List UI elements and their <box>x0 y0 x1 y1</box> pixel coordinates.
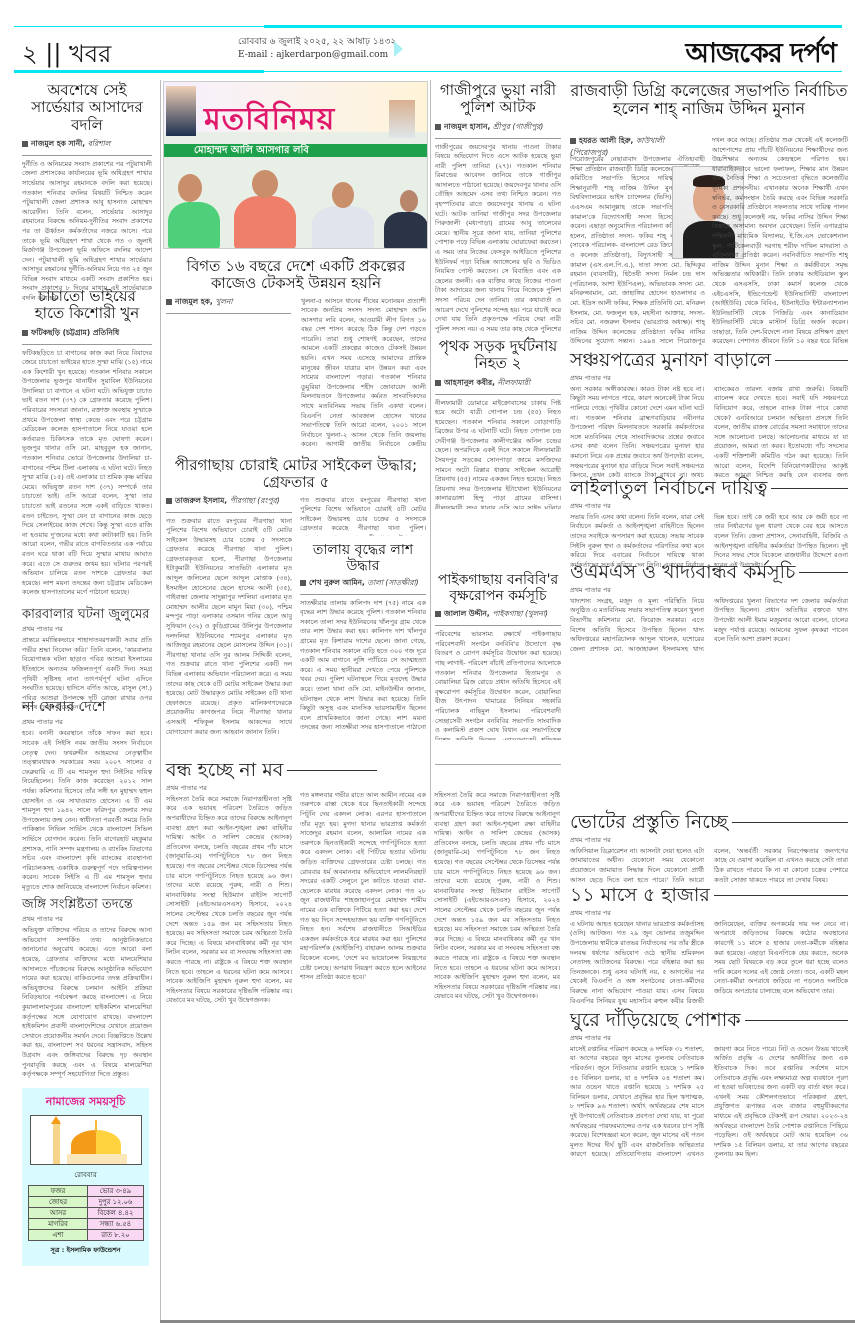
article-body: খাদ্যশস্য সংগ্রহ, মজুদ ও মূল্য পরিস্থিতি… <box>570 597 848 797</box>
article-body: অভিযুক্ত ব্যক্তিদের পরিচয় ও তাদের বিরুদ… <box>22 926 152 1080</box>
article-body: নীলফামারী ডোমারে মাইক্রোবাসের চাকায় পিষ… <box>435 399 561 509</box>
prayer-time: বিকেল ৪.৪২ <box>88 1208 143 1219</box>
article-body: ফটিকছড়িতে চা বাগানের কাজ করা নিয়ে বিবা… <box>22 349 152 598</box>
reporter: হযরত আলী হিরু, <box>579 136 633 145</box>
prayer-name: জোহর <box>28 1197 88 1208</box>
page-number: ২ || <box>22 40 61 68</box>
article-talay: গত শুক্রবার রাতে রংপুরের পীরগাছা থানা পু… <box>300 496 426 747</box>
continued-label: প্রথম পাতার পর <box>570 1033 848 1044</box>
banner-title: মতবিনিময় <box>204 95 335 146</box>
article-karbala: কারবালার ঘটনা জুলুমের প্রথম পাতার পর প্র… <box>22 608 152 713</box>
article-body: হবে। বনানী কবরস্থানে তাঁকে দাফন করা হবে।… <box>22 729 152 892</box>
location: পাইকগাছা (খুলনা) <box>492 609 548 618</box>
person-figure <box>312 206 374 249</box>
person-head <box>400 190 418 212</box>
dateline: রোববার ৬ জুলাই ২০২৫, ২২ আষাঢ় ১৪৩২ E-mai… <box>238 36 396 62</box>
headline[interactable]: রাজবাড়ী ডিগ্রি কলেজের সভাপতি নির্বাচিত … <box>570 82 848 119</box>
banner-name: মোহাম্মদ আলি আসগার লবি <box>194 144 309 157</box>
page-bottom-rule <box>160 1320 855 1323</box>
article-vote: ভোটের প্রস্তুতি নিচ্ছে প্রথম পাতার পর অফ… <box>570 812 848 887</box>
byline: জালাল উদ্দীন, পাইকগাছা (খুলনা) <box>435 609 561 626</box>
headline-text: সঞ্চয়পত্রের মুনাফা বাড়ালে <box>570 350 771 371</box>
divider <box>435 764 561 765</box>
article-gazipur: গাজীপুরে ভুয়া নারী পুলিশ আটক নাজমুল হাস… <box>435 82 561 333</box>
byline: ফটিকছড়ি (চট্টগ্রাম) প্রতিনিধি <box>22 328 152 345</box>
reporter: নাজমুল হক, <box>175 297 213 306</box>
headline-text: ঘুরে দাঁড়িয়েছে পোশাক <box>570 1010 741 1031</box>
continued-label: প্রথম পাতার পর <box>570 373 848 384</box>
article-paikgachha: পাইকগাছায় বনবিবি'র বৃক্ষরোপন কর্মসূচি জ… <box>435 572 561 740</box>
location: বরিশাল <box>88 139 111 148</box>
article-sanchaypatra: সঞ্চয়পত্রের মুনাফা বাড়ালে প্রথম পাতার … <box>570 350 848 485</box>
continued-headline[interactable]: ওএমএস ও খাদ্যবান্ধব কর্মসূচি <box>570 562 848 583</box>
person-figure <box>384 212 428 249</box>
headline-rule <box>775 360 848 361</box>
headline-text: জঙ্গি সংশ্লিষ্টতা তদন্তে <box>22 898 133 912</box>
article-lailatul: লাইলাতুল নির্বাচনে দায়িত্ব প্রথম পাতার … <box>570 478 848 573</box>
reporter: শেখ নুরুল আমিন, <box>309 578 365 587</box>
banner-portrait-right <box>389 100 415 138</box>
banner-portrait-left <box>166 86 196 136</box>
prayer-row: এশারাত ৮.২০ <box>28 1230 143 1241</box>
masthead: ২ || খবর রোববার ৬ জুলাই ২০২৫, ২২ আষাঢ় ১… <box>14 25 842 73</box>
headline[interactable]: অবশেষে সেই সার্ভেয়ার আসাদের বদলি <box>22 82 152 134</box>
issue-date: রোববার ৬ জুলাই ২০২৫, ২২ আষাঢ় ১৪৩২ <box>238 36 396 49</box>
continued-label: প্রথম পাতার পর <box>570 501 848 512</box>
continued-label: প্রথম পাতার পর <box>570 835 848 846</box>
article-eleven: ১১ মাসে ৫ হাজার প্রথম পাতার পর এ ঘটনায় … <box>570 885 848 1008</box>
article-body: দখল করে আছে। প্রতিষ্ঠার শুরু থেকেই এই কল… <box>712 136 848 346</box>
person-figure <box>168 202 220 249</box>
reporter: আহসানুল কবীর, <box>444 378 495 387</box>
section-name: খবর <box>69 40 111 68</box>
byline: তাজরুল ইসলাম, পীরগাছা (রংপুর) <box>166 496 292 513</box>
article-jongi: জঙ্গি সংশ্লিষ্টতা তদন্তে প্রথম পাতার পর … <box>22 898 152 1080</box>
continued-label: প্রথম পাতার পর <box>166 783 292 794</box>
rajbari-body-2: দখল করে আছে। প্রতিষ্ঠার শুরু থেকেই এই কল… <box>712 136 848 346</box>
prayer-name: আসর <box>28 1208 88 1219</box>
byline: নাজমুল হাসান, শ্রীপুর (গাজীপুর) <box>435 122 561 139</box>
headline-text: ১১ মাসে ৫ হাজার <box>570 885 710 906</box>
reporter: নাজমুল হাসান, <box>444 122 490 131</box>
headline-rule <box>771 488 848 489</box>
reporter: জালাল উদ্দীন, <box>444 609 490 618</box>
article-body: গত মঙ্গলবার গভীর রাতে আল আমীন নামের এক ত… <box>300 791 426 1336</box>
continued-headline[interactable]: ভোটের প্রস্তুতি নিচ্ছে <box>570 812 848 833</box>
continued-headline[interactable]: ১১ মাসে ৫ হাজার <box>570 885 848 906</box>
article-na-ferar: না ফেরার দেশে প্রথম পাতার পর হবে। বনানী … <box>22 700 152 892</box>
prayer-times-title: নামাজের সময়সূচি <box>22 1088 149 1112</box>
column-divider <box>160 80 161 1320</box>
person-head <box>178 174 202 202</box>
continued-headline[interactable]: লাইলাতুল নির্বাচনে দায়িত্ব <box>570 478 848 499</box>
headline[interactable]: তালায় বৃদ্ধের লাশ উদ্ধার <box>300 542 426 574</box>
headline-rule <box>745 1020 848 1021</box>
motobinimoy-photo[interactable]: মতবিনিময় মোহাম্মদ আলি আসগার লবি <box>163 81 428 249</box>
headline[interactable]: চাচাতো ভাইয়ের হাতে কিশোরী খুন <box>22 288 152 323</box>
prayer-row: মাগরিবসন্ধ্যা ৬.৫৪ <box>28 1219 143 1230</box>
prayer-source: সূত্র : ইসলামিক ফাউন্ডেশন <box>22 1245 149 1256</box>
headline[interactable]: পীরগাছায় চোরাই মোটর সাইকেল উদ্ধার; গ্রে… <box>166 457 426 492</box>
article-motobinimoy: বিগত ১৬ বছরে দেশে একটি প্রকল্পের কাজেও ট… <box>166 258 426 447</box>
article-pirgachha: পীরগাছায় চোরাই মোটর সাইকেল উদ্ধার; গ্রে… <box>166 457 426 747</box>
article-kishori: চাচাতো ভাইয়ের হাতে কিশোরী খুন ফটিকছড়ি … <box>22 288 152 598</box>
prayer-name: মাগরিব <box>28 1219 88 1230</box>
masthead-rule <box>264 71 842 72</box>
person-head <box>332 182 354 208</box>
article-body: দুর্নীতি ও অনিয়মের সংবাদ প্রকাশের পর পট… <box>22 160 152 304</box>
person-figure <box>234 196 296 249</box>
headline-text: কারবালার ঘটনা জুলুমের <box>22 608 149 622</box>
masthead-rule <box>14 26 264 27</box>
prayer-time: ভোর ৩-৪৯ <box>88 1186 143 1197</box>
article-body: এ ঘটনায় আহত হয়েছেন থানার ভারপ্রাপ্ত কর… <box>570 920 848 1008</box>
continued-headline[interactable]: কারবালার ঘটনা জুলুমের <box>22 608 152 622</box>
article-surveyor: অবশেষে সেই সার্ভেয়ার আসাদের বদলি নাজমুল… <box>22 82 152 304</box>
headline-text: লাইলাতুল নির্বাচনে দায়িত্ব <box>570 478 767 499</box>
location: নীলফামারী <box>498 378 530 387</box>
prayer-name: ফজর <box>28 1186 88 1197</box>
continued-headline[interactable]: জঙ্গি সংশ্লিষ্টতা তদন্তে <box>22 898 152 912</box>
headline-rule <box>732 822 848 823</box>
headline-rule <box>799 572 848 573</box>
article-body: গত শুক্রবার রাতে রংপুরের পীরগাছা থানা পু… <box>166 517 292 747</box>
location: শ্রীপুর (গাজীপুর) <box>493 122 543 131</box>
headline-text: বন্ধ হচ্ছে না মব <box>166 760 283 781</box>
article-body: অন্য সরকার অঙ্গীকারবদ্ধ। কারও টাকা নষ্ট … <box>570 385 848 485</box>
headline[interactable]: পৃথক সড়ক দুর্ঘটনায় নিহত ২ <box>435 338 561 373</box>
article-body: গাজীপুরের জয়দেবপুর থানায় পাওনা টাকার ব… <box>435 143 561 333</box>
contact-email[interactable]: E-mail : ajkerdarpon@gmail.com <box>238 49 396 62</box>
person-head <box>252 170 278 198</box>
prayer-time: রাত ৮.২০ <box>88 1230 143 1241</box>
prayer-time: দুপুর ১২.০৬ <box>88 1197 143 1208</box>
byline: নাজমুল হক সানী, বরিশাল <box>22 139 152 156</box>
headline[interactable]: পাইকগাছায় বনবিবি'র বৃক্ষরোপন কর্মসূচি <box>435 572 561 604</box>
article-body: অফিসিয়াল ডিক্লারেশন না। আসনটা দেয়া হলে… <box>570 847 848 887</box>
mosque-icon <box>30 1115 142 1165</box>
continued-label: প্রথম পাতার পর <box>570 585 848 596</box>
prayer-row: আসরবিকেল ৪.৪২ <box>28 1208 143 1219</box>
headline[interactable]: গাজীপুরে ভুয়া নারী পুলিশ আটক <box>435 82 561 117</box>
headline-text: ওএমএস ও খাদ্যবান্ধব কর্মসূচি <box>570 562 795 583</box>
article-road: পৃথক সড়ক দুর্ঘটনায় নিহত ২ আহসানুল কবীর… <box>435 338 561 509</box>
article-body: সহিংসতা তৈরি করে সমাজে নিরাপত্তাহীনতা সৃ… <box>434 791 560 1336</box>
reporter: তাজরুল ইসলাম, <box>175 496 227 505</box>
headline-rule <box>714 895 848 896</box>
continued-label: প্রথম পাতার পর <box>22 914 152 925</box>
prayer-times-table: ফজরভোর ৩-৪৯ জোহরদুপুর ১২.০৬ আসরবিকেল ৪.৪… <box>28 1185 144 1241</box>
continued-label: প্রথম পাতার পর <box>570 908 848 919</box>
headline-text: ভোটের প্রস্তুতি নিচ্ছে <box>570 812 728 833</box>
prayer-time: সন্ধ্যা ৬.৫৪ <box>88 1219 143 1230</box>
article-body: মাসেই রপ্তানির পরিমাণ কমেছে ৬ দশমিক ৩১ শ… <box>570 1045 848 1335</box>
headline-text: না ফেরার দেশে <box>22 700 106 715</box>
prayer-times-box: নামাজের সময়সূচি রোববার ফজরভোর ৩-৪৯ জোহর… <box>22 1088 149 1266</box>
continued-headline[interactable]: না ফেরার দেশে <box>22 700 152 715</box>
location: খুলনা <box>215 297 232 306</box>
reporter: নাজমুল হক সানী, <box>31 139 85 148</box>
column-divider <box>430 80 431 820</box>
location: তালা (সাতক্ষীরা) <box>367 578 418 587</box>
continued-headline[interactable]: ঘুরে দাঁড়িয়েছে পোশাক <box>570 1010 848 1031</box>
byline: আহসানুল কবীর, নীলফামারী <box>435 378 561 395</box>
masthead-rule <box>14 70 264 73</box>
article-body-continued: গত শুক্রবার রাতে রংপুরের পীরগাছা থানা পু… <box>300 496 426 536</box>
prayer-row: ফজরভোর ৩-৪৯ <box>28 1186 143 1197</box>
article-mob: বন্ধ হচ্ছে না মব প্রথম পাতার পর সহিংসতা … <box>166 760 566 1336</box>
location: পীরগাছা (রংপুর) <box>230 496 280 505</box>
article-body: সহিংসতা তৈরি করে সমাজে নিরাপত্তাহীনতা সৃ… <box>166 795 292 1330</box>
article-poshak: ঘুরে দাঁড়িয়েছে পোশাক প্রথম পাতার পর মা… <box>570 1010 848 1335</box>
masthead-rule <box>264 25 842 28</box>
prayer-name: এশা <box>28 1230 88 1241</box>
article-body: পরিবেশের ভারসাম্য রক্ষার্থে পাইকগাছায় প… <box>435 630 561 740</box>
headline[interactable]: বিগত ১৬ বছরে দেশে একটি প্রকল্পের কাজেও ট… <box>166 258 426 293</box>
byline: শেখ নুরুল আমিন, তালা (সাতক্ষীরা) <box>300 578 426 595</box>
continued-label: প্রথম পাতার পর <box>22 717 152 728</box>
article-body: সাতক্ষীরার তালায় কালিপদ দাশ (৭৫) নামে এ… <box>300 599 426 729</box>
continued-label: প্রথম পাতার পর <box>22 624 152 635</box>
arrow-icon <box>394 41 403 57</box>
byline: নাজমুল হক, খুলনা <box>166 297 291 314</box>
headline-rule <box>287 770 377 771</box>
article-body: খুলনা-৫ আসনে ধানের শীষের মনোনয়ন প্রত্যা… <box>301 297 426 447</box>
article-oms: ওএমএস ও খাদ্যবান্ধব কর্মসূচি প্রথম পাতার… <box>570 562 848 797</box>
prayer-row: জোহরদুপুর ১২.০৬ <box>28 1197 143 1208</box>
continued-headline[interactable]: সঞ্চয়পত্রের মুনাফা বাড়ালে <box>570 350 848 371</box>
article-rajbari: রাজবাড়ী ডিগ্রি কলেজের সভাপতি নির্বাচিত … <box>570 82 848 119</box>
prayer-day: রোববার <box>22 1169 149 1181</box>
